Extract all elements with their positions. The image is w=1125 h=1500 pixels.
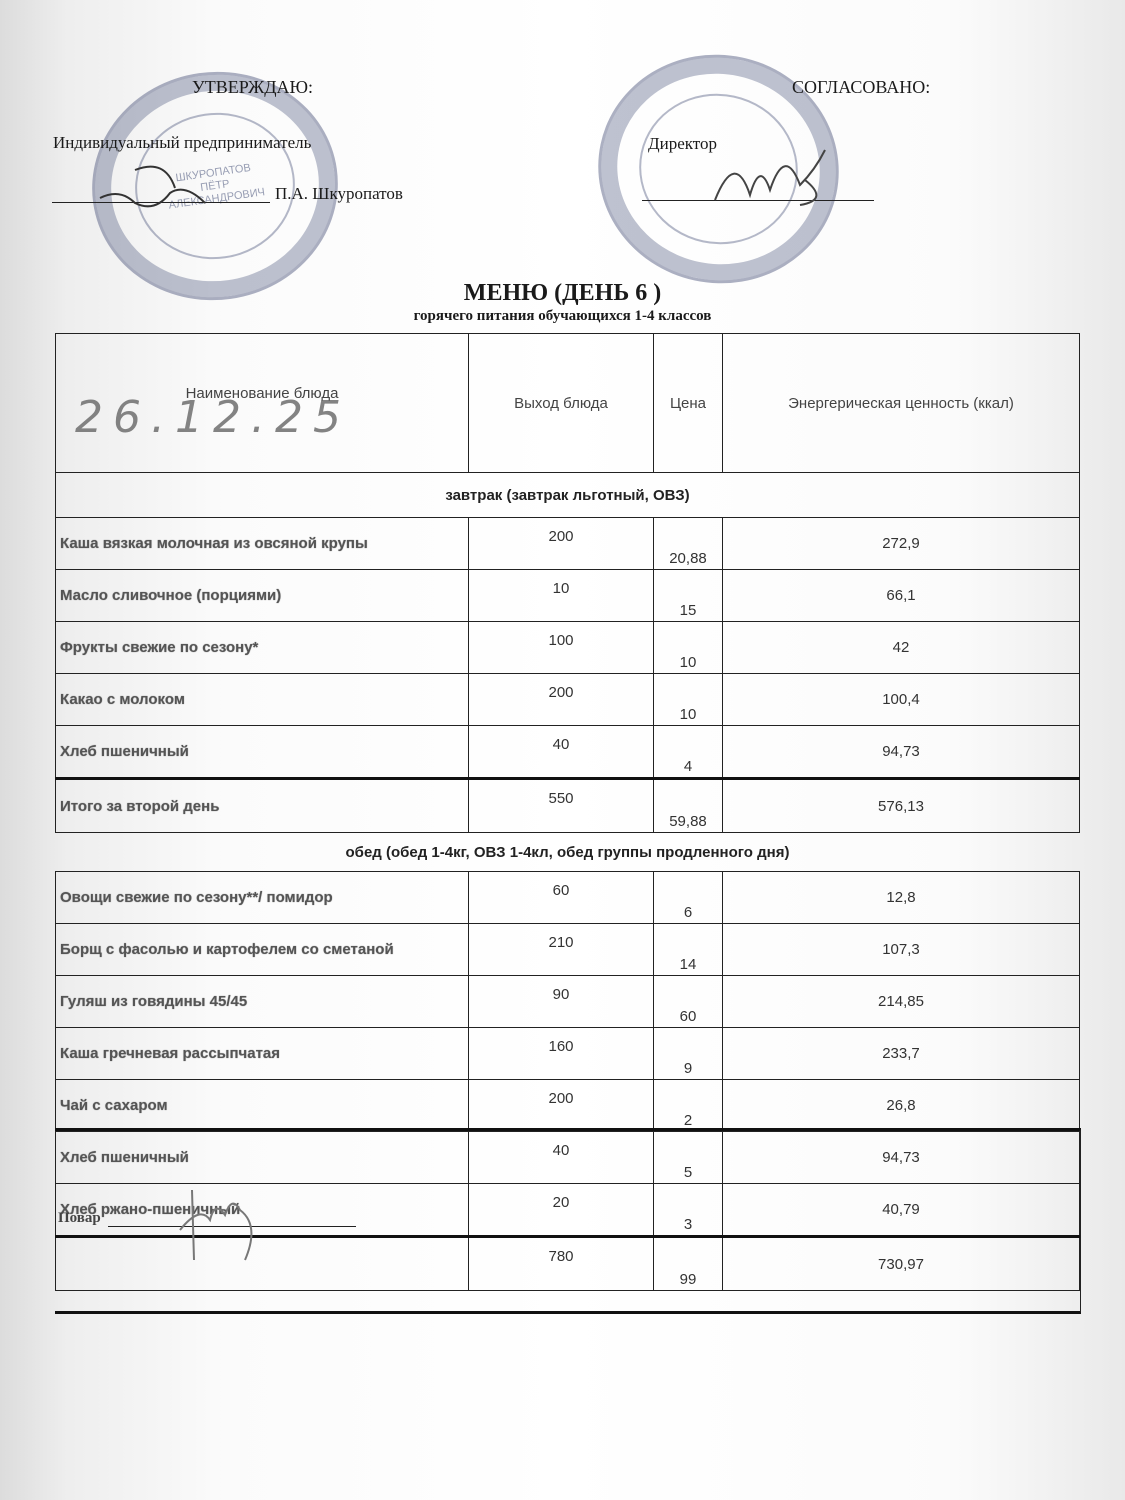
table-row: Овощи свежие по сезону**/ помидор60612,8 xyxy=(56,872,1080,924)
dish-name: Каша вязкая молочная из овсяной крупы xyxy=(56,518,469,570)
dish-energy: 233,7 xyxy=(723,1028,1080,1080)
dish-output: 100 xyxy=(469,622,654,674)
section-title: завтрак (завтрак льготный, ОВЗ) xyxy=(56,473,1080,518)
dish-name: Итого за второй день xyxy=(56,779,469,833)
dish-output: 210 xyxy=(469,924,654,976)
dish-energy: 94,73 xyxy=(723,726,1080,779)
dish-energy: 576,13 xyxy=(723,779,1080,833)
dish-price: 14 xyxy=(654,924,723,976)
menu-subtitle: горячего питания обучающихся 1-4 классов xyxy=(0,308,1125,325)
section-header-row: завтрак (завтрак льготный, ОВЗ) xyxy=(56,473,1080,518)
dish-output: 200 xyxy=(469,518,654,570)
dish-energy: 272,9 xyxy=(723,518,1080,570)
table-row: Каша гречневая рассыпчатая1609233,7 xyxy=(56,1028,1080,1080)
dish-output: 200 xyxy=(469,674,654,726)
dish-price: 2 xyxy=(654,1080,723,1132)
table-row: Борщ с фасолью и картофелем со сметаной2… xyxy=(56,924,1080,976)
section-title: обед (обед 1-4кг, ОВЗ 1-4кл, обед группы… xyxy=(56,833,1080,872)
handwritten-date: 26.12.25 xyxy=(75,392,351,443)
dish-price: 10 xyxy=(654,622,723,674)
dish-output: 90 xyxy=(469,976,654,1028)
cook-label: Повар xyxy=(58,1210,101,1227)
menu-title: МЕНЮ (ДЕНЬ 6 ) xyxy=(0,280,1125,307)
approve-signer: П.А. Шкуропатов xyxy=(275,184,403,204)
dish-price: 15 xyxy=(654,570,723,622)
dish-output: 160 xyxy=(469,1028,654,1080)
table-row: Каша вязкая молочная из овсяной крупы200… xyxy=(56,518,1080,570)
dish-price: 6 xyxy=(654,872,723,924)
dish-name: Чай с сахаром xyxy=(56,1080,469,1132)
dish-name: Фрукты свежие по сезону* xyxy=(56,622,469,674)
dish-energy: 26,8 xyxy=(723,1080,1080,1132)
approve-signature xyxy=(95,158,235,218)
dish-name: Хлеб пшеничный xyxy=(56,726,469,779)
dish-name: Борщ с фасолью и картофелем со сметаной xyxy=(56,924,469,976)
dish-energy: 214,85 xyxy=(723,976,1080,1028)
dish-output: 40 xyxy=(469,726,654,779)
dish-energy: 42 xyxy=(723,622,1080,674)
dish-price: 60 xyxy=(654,976,723,1028)
dish-energy: 12,8 xyxy=(723,872,1080,924)
agree-signature xyxy=(705,140,835,210)
section-header-row: обед (обед 1-4кг, ОВЗ 1-4кл, обед группы… xyxy=(56,833,1080,872)
table-row: Фрукты свежие по сезону*1001042 xyxy=(56,622,1080,674)
dish-energy: 66,1 xyxy=(723,570,1080,622)
agree-label: СОГЛАСОВАНО: xyxy=(792,77,930,98)
dish-name: Каша гречневая рассыпчатая xyxy=(56,1028,469,1080)
header-output: Выход блюда xyxy=(469,334,654,473)
table-row: Гуляш из говядины 45/459060214,85 xyxy=(56,976,1080,1028)
dish-output: 10 xyxy=(469,570,654,622)
dish-output: 200 xyxy=(469,1080,654,1132)
dish-energy: 107,3 xyxy=(723,924,1080,976)
table-row: Масло сливочное (порциями)101566,1 xyxy=(56,570,1080,622)
cook-signature xyxy=(170,1185,290,1265)
dish-energy: 100,4 xyxy=(723,674,1080,726)
dish-name: Гуляш из говядины 45/45 xyxy=(56,976,469,1028)
total-row: Итого за второй день55059,88576,13 xyxy=(56,779,1080,833)
header-energy: Энергерическая ценность (ккал) xyxy=(723,334,1080,473)
dish-name: Овощи свежие по сезону**/ помидор xyxy=(56,872,469,924)
dish-name: Какао с молоком xyxy=(56,674,469,726)
dish-output: 60 xyxy=(469,872,654,924)
dish-name: Масло сливочное (порциями) xyxy=(56,570,469,622)
header-price: Цена xyxy=(654,334,723,473)
dish-price: 9 xyxy=(654,1028,723,1080)
dish-price: 20,88 xyxy=(654,518,723,570)
dish-price: 59,88 xyxy=(654,779,723,833)
dish-price: 10 xyxy=(654,674,723,726)
table-row: Хлеб пшеничный40494,73 xyxy=(56,726,1080,779)
approve-label: УТВЕРЖДАЮ: xyxy=(192,77,313,98)
table-row: Какао с молоком20010100,4 xyxy=(56,674,1080,726)
table-row: Чай с сахаром200226,8 xyxy=(56,1080,1080,1132)
approve-position: Индивидуальный предприниматель xyxy=(53,133,311,153)
dish-price: 4 xyxy=(654,726,723,779)
dish-output: 550 xyxy=(469,779,654,833)
